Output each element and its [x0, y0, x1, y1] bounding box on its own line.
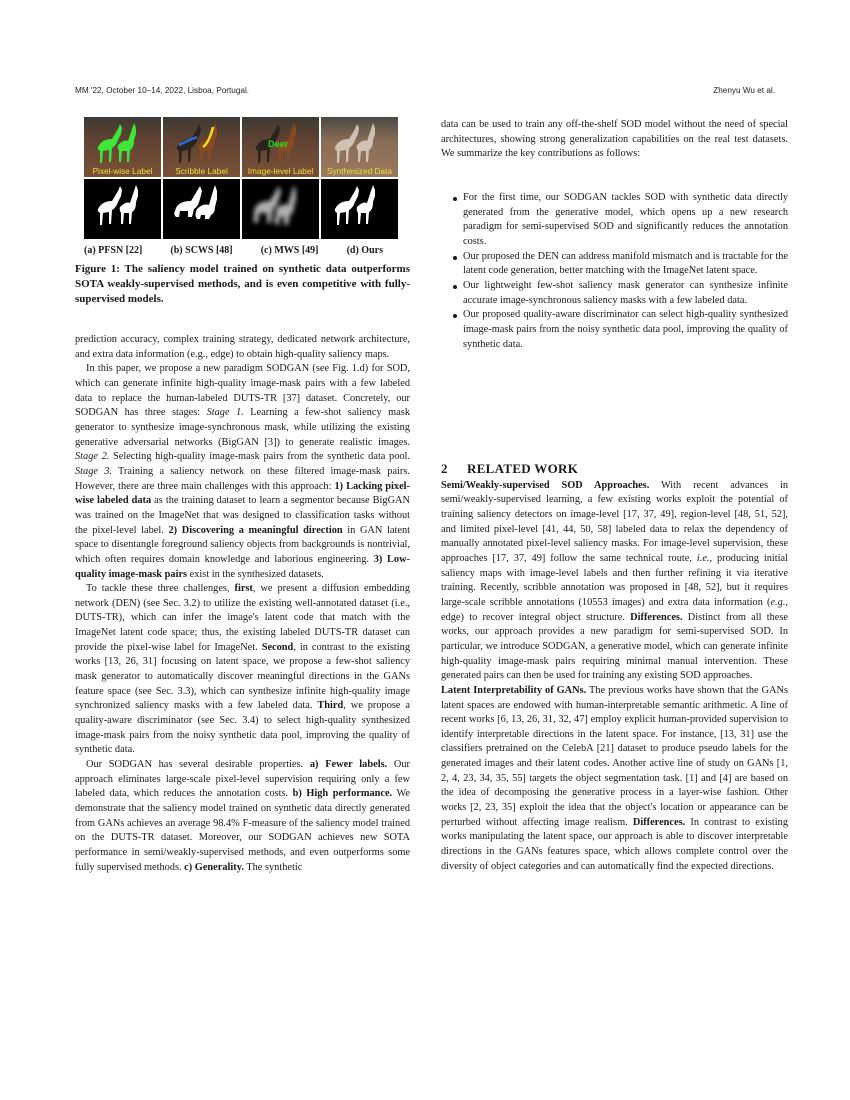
saliency-mask-sharp [321, 179, 398, 239]
paragraph: To tackle these three challenges, first,… [75, 582, 410, 758]
bullet-icon [453, 285, 457, 289]
list-item: For the first time, our SODGAN tackles S… [441, 191, 788, 250]
bullet-icon [453, 256, 457, 260]
figure-subcaptions: (a) PFSN [22] (b) SCWS [48] (c) MWS [49]… [84, 245, 401, 256]
panel-label: Scribble Label [163, 166, 240, 176]
figure-grid: Pixel-wise Label Scribble Label [84, 117, 401, 239]
paragraph: Our SODGAN has several desirable propert… [75, 758, 410, 875]
list-item: Our proposed quality-aware discriminator… [441, 308, 788, 352]
figure-photo-scribble: Scribble Label [163, 117, 240, 177]
figure-mask-ours [321, 179, 398, 239]
section-heading: 2RELATED WORK [441, 462, 788, 477]
figure-1: Pixel-wise Label Scribble Label [84, 117, 401, 256]
figure-mask-scws [163, 179, 240, 239]
header-venue: MM '22, October 10–14, 2022, Lisboa, Por… [75, 86, 249, 98]
running-header: MM '22, October 10–14, 2022, Lisboa, Por… [75, 86, 775, 98]
figure-mask-mws [242, 179, 319, 239]
paragraph: prediction accuracy, complex training st… [75, 333, 410, 362]
paragraph: data can be used to train any off-the-sh… [441, 118, 788, 162]
figure-caption: Figure 1: The saliency model trained on … [75, 262, 410, 307]
left-column: prediction accuracy, complex training st… [75, 333, 410, 875]
subcaption-a: (a) PFSN [22] [84, 245, 142, 256]
bullet-icon [453, 314, 457, 318]
figure-mask-pfsn [84, 179, 161, 239]
contributions-list: For the first time, our SODGAN tackles S… [441, 191, 788, 352]
paragraph: In this paper, we propose a new paradigm… [75, 362, 410, 582]
list-item: Our proposed the DEN can address manifol… [441, 250, 788, 279]
paragraph: Semi/Weakly-supervised SOD Approaches. W… [441, 479, 788, 684]
panel-label: Synthesized Data [321, 166, 398, 176]
bullet-icon [453, 197, 457, 201]
subcaption-d: (d) Ours [347, 245, 401, 256]
saliency-mask-blurry [242, 179, 319, 239]
subcaption-b: (b) SCWS [48] [170, 245, 232, 256]
related-work-section: 2RELATED WORK Semi/Weakly-supervised SOD… [441, 462, 788, 874]
list-item: Our lightweight few-shot saliency mask g… [441, 279, 788, 308]
class-tag: Deer [268, 139, 288, 149]
right-column: data can be used to train any off-the-sh… [441, 118, 788, 352]
saliency-mask-sharp [84, 179, 161, 239]
paragraph: Latent Interpretability of GANs. The pre… [441, 684, 788, 875]
figure-photo-image-level: Deer Image-level Label [242, 117, 319, 177]
saliency-mask-blobby [163, 179, 240, 239]
figure-photo-synthesized: Synthesized Data [321, 117, 398, 177]
subcaption-c: (c) MWS [49] [261, 245, 319, 256]
panel-label: Image-level Label [242, 166, 319, 176]
header-authors: Zhenyu Wu et al. [713, 86, 775, 98]
figure-photo-pixel-wise: Pixel-wise Label [84, 117, 161, 177]
panel-label: Pixel-wise Label [84, 166, 161, 176]
